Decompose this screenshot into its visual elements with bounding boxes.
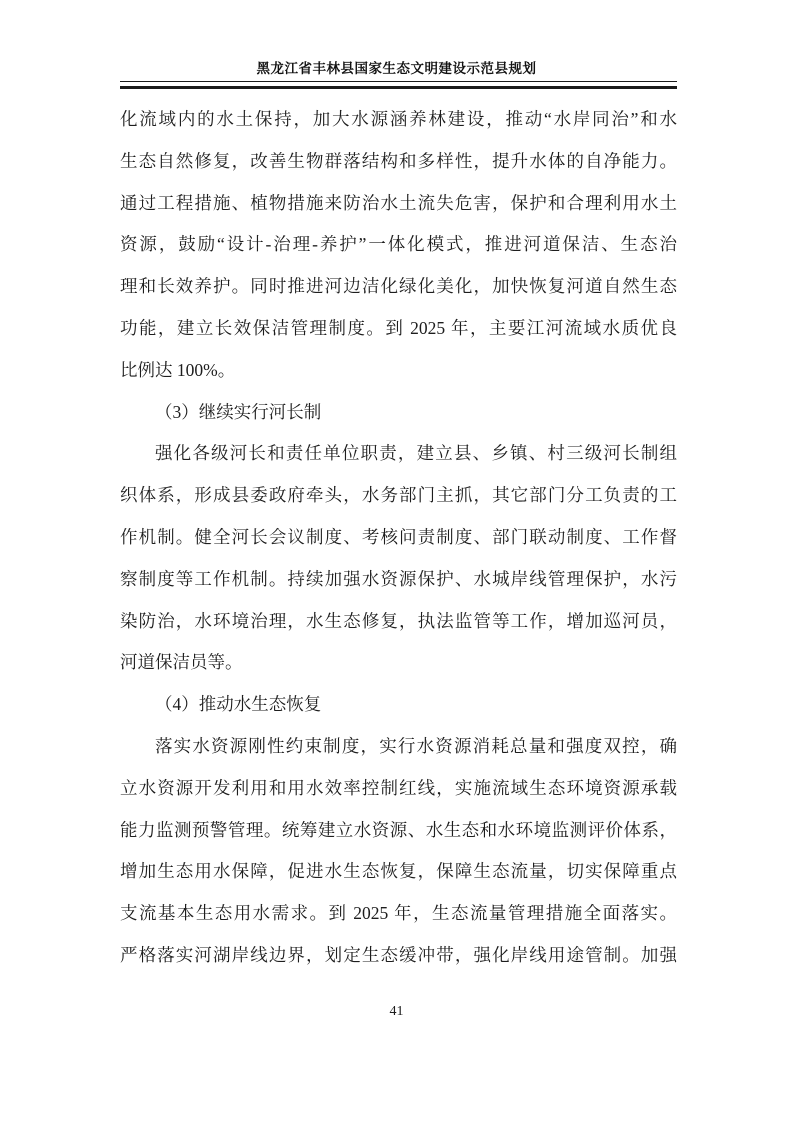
text-line: 落实水资源刚性约束制度，实行水资源消耗总量和强度双控，确	[120, 726, 677, 768]
document-page: 黑龙江省丰林县国家生态文明建设示范县规划 化流域内的水土保持，加大水源涵养林建设…	[0, 0, 793, 1122]
text-line: 织体系，形成县委政府牵头，水务部门主抓，其它部门分工负责的工	[120, 475, 677, 517]
text-line: （3）继续实行河长制	[120, 392, 677, 434]
text-line: 能力监测预警管理。统筹建立水资源、水生态和水环境监测评价体系，	[120, 810, 677, 852]
text-line: 染防治，水环境治理，水生态修复，执法监管等工作，增加巡河员，	[120, 601, 677, 643]
text-line: 作机制。健全河长会议制度、考核问责制度、部门联动制度、工作督	[120, 517, 677, 559]
text-line: 严格落实河湖岸线边界，划定生态缓冲带，强化岸线用途管制。加强	[120, 935, 677, 977]
text-line: 察制度等工作机制。持续加强水资源保护、水城岸线管理保护，水污	[120, 559, 677, 601]
text-line: 化流域内的水土保持，加大水源涵养林建设，推动“水岸同治”和水	[120, 99, 677, 141]
text-line: 立水资源开发利用和用水效率控制红线，实施流域生态环境资源承载	[120, 768, 677, 810]
text-line: 增加生态用水保障，促进水生态恢复，保障生态流量，切实保障重点	[120, 851, 677, 893]
text-line: 功能，建立长效保洁管理制度。到 2025 年，主要江河流域水质优良	[120, 308, 677, 350]
page-footer: 41	[0, 1002, 793, 1020]
text-line: 支流基本生态用水需求。到 2025 年，生态流量管理措施全面落实。	[120, 893, 677, 935]
document-body: 化流域内的水土保持，加大水源涵养林建设，推动“水岸同治”和水生态自然修复，改善生…	[120, 99, 677, 977]
header-double-rule	[120, 81, 677, 89]
text-line: 资源，鼓励“设计-治理-养护”一体化模式，推进河道保洁、生态治	[120, 224, 677, 266]
text-line: 强化各级河长和责任单位职责，建立县、乡镇、村三级河长制组	[120, 433, 677, 475]
text-line: 理和长效养护。同时推进河边洁化绿化美化，加快恢复河道自然生态	[120, 266, 677, 308]
text-line: 比例达 100%。	[120, 350, 677, 392]
text-line: 生态自然修复，改善生物群落结构和多样性，提升水体的自净能力。	[120, 141, 677, 183]
text-line: （4）推动水生态恢复	[120, 684, 677, 726]
text-line: 河道保洁员等。	[120, 642, 677, 684]
page-number: 41	[390, 1004, 404, 1019]
page-header-title: 黑龙江省丰林县国家生态文明建设示范县规划	[0, 57, 793, 77]
text-line: 通过工程措施、植物措施来防治水土流失危害，保护和合理利用水土	[120, 183, 677, 225]
